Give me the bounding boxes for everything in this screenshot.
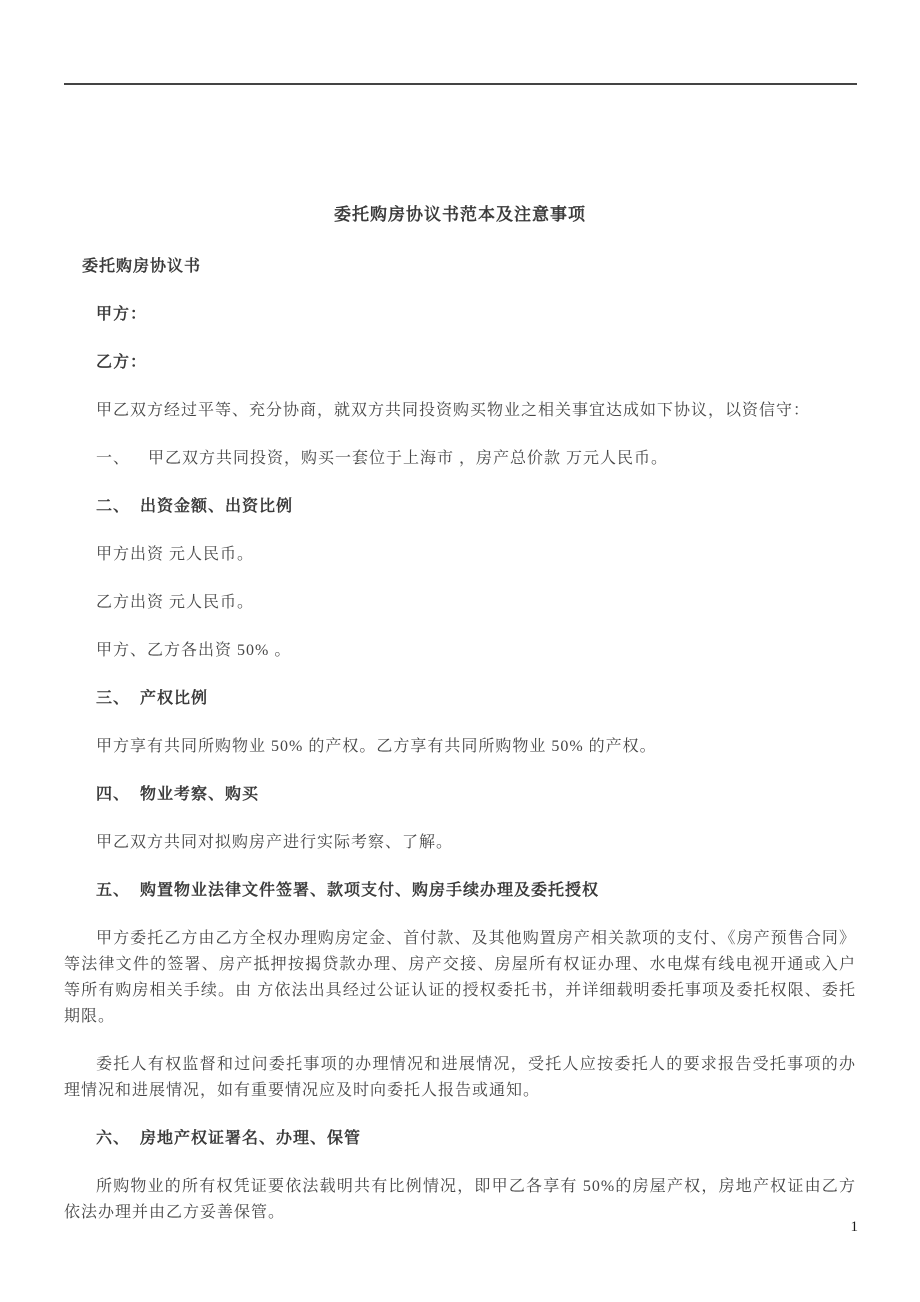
section-4-heading: 四、物业考察、购买: [64, 782, 856, 808]
section-5-heading-text: 购置物业法律文件签署、款项支付、购房手续办理及委托授权: [140, 882, 599, 899]
clause-1-number: 一、: [96, 446, 130, 472]
section-3-heading-text: 产权比例: [140, 690, 208, 707]
section-2-heading: 二、出资金额、出资比例: [64, 494, 856, 520]
section-2-heading-text: 出资金额、出资比例: [140, 498, 293, 515]
section-2-number: 二、: [96, 494, 130, 520]
section-4-body: 甲乙双方共同对拟购房产进行实际考察、了解。: [64, 830, 856, 856]
section-2-line-3: 甲方、乙方各出资 50% 。: [64, 638, 856, 664]
page-title: 委托购房协议书范本及注意事项: [64, 202, 856, 228]
party-a-label: 甲方：: [64, 302, 856, 328]
section-5-paragraph-1: 甲方委托乙方由乙方全权办理购房定金、首付款、及其他购置房产相关款项的支付、《房产…: [64, 926, 856, 1030]
section-2-line-2: 乙方出资 元人民币。: [64, 590, 856, 616]
section-3-heading: 三、产权比例: [64, 686, 856, 712]
section-4-heading-text: 物业考察、购买: [140, 786, 259, 803]
section-5-heading: 五、购置物业法律文件签署、款项支付、购房手续办理及委托授权: [64, 878, 856, 904]
header-rule: [64, 83, 857, 85]
intro-paragraph: 甲乙双方经过平等、充分协商，就双方共同投资购买物业之相关事宜达成如下协议，以资信…: [64, 398, 856, 424]
section-6-heading: 六、房地产权证署名、办理、保管: [64, 1126, 856, 1152]
section-3-body: 甲方享有共同所购物业 50% 的产权。乙方享有共同所购物业 50% 的产权。: [64, 734, 856, 760]
document-page: 委托购房协议书范本及注意事项 委托购房协议书 甲方： 乙方： 甲乙双方经过平等、…: [0, 0, 920, 1302]
section-2-line-1: 甲方出资 元人民币。: [64, 542, 856, 568]
section-5-paragraph-2: 委托人有权监督和过问委托事项的办理情况和进展情况，受托人应按委托人的要求报告受托…: [64, 1052, 856, 1104]
clause-1-text: 甲乙双方共同投资，购买一套位于上海市 ，房产总价款 万元人民币。: [148, 450, 668, 467]
document-subtitle: 委托购房协议书: [64, 254, 856, 280]
section-6-number: 六、: [96, 1126, 130, 1152]
page-number: 1: [851, 1216, 859, 1238]
clause-1: 一、甲乙双方共同投资，购买一套位于上海市 ，房产总价款 万元人民币。: [64, 446, 856, 472]
section-6-body: 所购物业的所有权凭证要依法载明共有比例情况，即甲乙各享有 50%的房屋产权，房地…: [64, 1174, 856, 1226]
section-6-heading-text: 房地产权证署名、办理、保管: [140, 1130, 361, 1147]
section-5-number: 五、: [96, 878, 130, 904]
section-4-number: 四、: [96, 782, 130, 808]
party-b-label: 乙方：: [64, 350, 856, 376]
section-3-number: 三、: [96, 686, 130, 712]
